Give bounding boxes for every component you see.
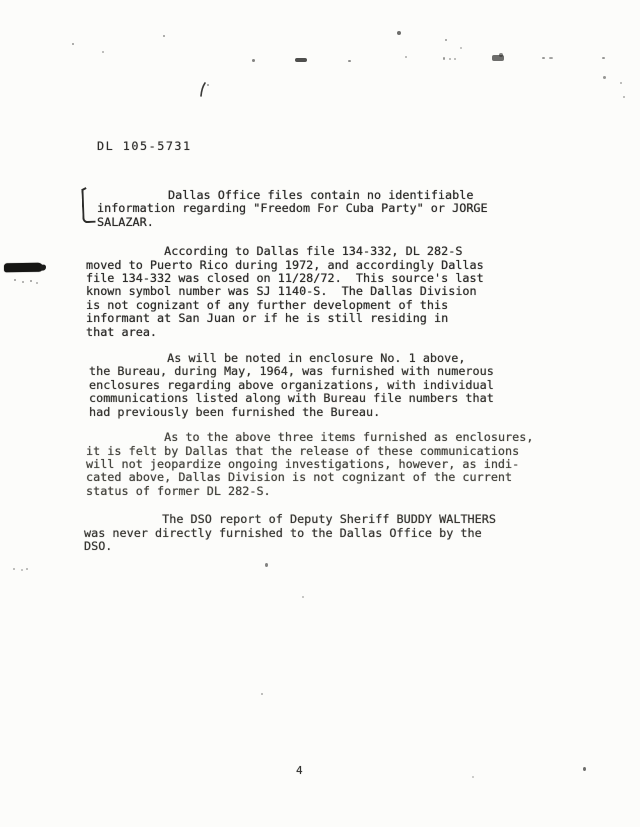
ink-speck [261,693,263,695]
ink-speck [13,568,15,570]
ink-speck [602,57,605,59]
scanned-document-page: DL 105-5731 Dallas Office files contain … [0,0,640,827]
ink-speck [620,82,622,84]
ink-speck [36,282,38,284]
marker-smudge-mark [4,263,43,273]
ink-speck [499,53,503,57]
ink-speck [295,58,307,62]
ink-speck [348,60,351,62]
page-number: 4 [296,764,303,777]
ink-speck [405,56,407,58]
ink-speck [623,96,625,98]
ink-speck [21,569,23,571]
file-number: DL 105-5731 [97,139,192,153]
paragraph-1: Dallas Office files contain no identifia… [97,189,564,229]
paragraph-5: The DSO report of Deputy Sheriff BUDDY W… [84,513,564,553]
ink-speck [542,57,545,59]
ink-speck [454,58,456,60]
scan-layer: DL 105-5731 Dallas Office files contain … [0,0,640,827]
ink-speck [26,568,28,570]
ink-speck [163,35,165,37]
ink-speck [460,47,462,49]
ink-speck [14,279,16,281]
paragraph-2: According to Dallas file 134-332, DL 282… [86,245,564,339]
ink-speck [449,58,451,60]
ink-speck [549,57,553,59]
ink-speck [102,51,104,53]
ink-speck [603,76,606,79]
ink-speck [265,563,268,567]
ink-speck [302,596,304,598]
ink-speck [207,84,209,86]
document-body: Dallas Office files contain no identifia… [84,189,564,553]
paragraph-3: As will be noted in enclosure No. 1 abov… [89,352,564,419]
ink-speck [443,57,445,60]
ink-speck [30,280,32,282]
ink-speck [397,31,401,35]
ink-speck [445,39,447,41]
ink-speck [72,43,74,45]
ink-speck [472,776,474,778]
ink-speck [252,59,255,62]
ink-speck [22,281,24,283]
ink-speck [583,767,586,771]
paragraph-4: As to the above three items furnished as… [86,431,564,498]
